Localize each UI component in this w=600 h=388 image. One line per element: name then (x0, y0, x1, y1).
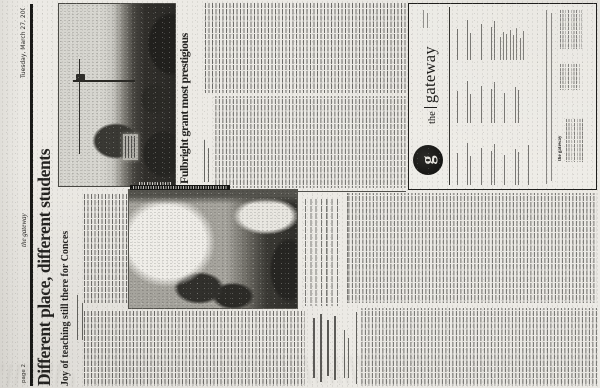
staff-name (467, 81, 468, 123)
photo1-sign-detail (123, 134, 138, 160)
staff-name (518, 152, 519, 185)
article1-byline (82, 303, 83, 340)
masthead-contact-info (560, 9, 582, 49)
page-date: Tuesday, March 27, 2001 (20, 8, 29, 78)
staff-name (503, 32, 504, 60)
scan-smudge (2, 364, 74, 386)
staff-name (494, 82, 495, 123)
staff-name (500, 37, 501, 60)
staff-name (470, 33, 471, 61)
article1-headline: Different place, different students (34, 108, 60, 386)
masthead-phone-numbers (560, 63, 580, 90)
staff-name (457, 91, 458, 123)
staff-name (491, 89, 492, 123)
staff-name (467, 20, 468, 60)
masthead-pipe (424, 107, 437, 108)
staff-name (510, 30, 511, 60)
staff-name (515, 87, 516, 123)
article1-text-column (84, 193, 128, 303)
article2-byline (204, 140, 205, 182)
header-rule (30, 4, 34, 386)
staff-name (504, 155, 505, 185)
article1-byline (77, 295, 78, 340)
masthead-gateway: gateway (420, 46, 440, 103)
staff-name (506, 34, 507, 60)
article2-text-column (214, 96, 406, 188)
staff-name (491, 27, 492, 60)
staff-name (494, 21, 495, 60)
staff-name (481, 24, 482, 60)
staff-name (504, 93, 505, 123)
staff-name (515, 149, 516, 185)
staff-name (523, 31, 524, 60)
article2-headline: Fulbright grant most prestigious (177, 28, 199, 184)
scan-smudge (96, 354, 594, 385)
gateway-g-logo-icon: g (413, 145, 443, 175)
photo-crane-skyline (58, 3, 176, 187)
staff-name (513, 35, 514, 60)
newspaper-page-scan: Tuesday, March 27, 2001 the gateway page… (0, 0, 600, 388)
staff-name (518, 90, 519, 123)
staff-name (516, 28, 517, 60)
staff-name (481, 148, 482, 185)
staff-name (470, 94, 471, 123)
photo2-caption (305, 198, 342, 306)
article2-byline (208, 148, 209, 182)
staff-name (491, 151, 492, 185)
photo2-credit-bar (130, 185, 230, 190)
masthead-the: the (427, 111, 438, 124)
staff-name (520, 38, 521, 60)
photo-campus-building (128, 189, 298, 309)
staff-name (467, 143, 468, 185)
article2-text-column (205, 2, 406, 93)
masthead-logotype: thegateway (420, 32, 447, 124)
staff-name (470, 156, 471, 185)
staff-name (528, 145, 529, 185)
masthead-footer-title: the gateway (558, 120, 565, 161)
staff-name (481, 86, 482, 123)
staff-name (457, 153, 458, 185)
article1-subheadline: Joy of teaching still there for Conces (60, 189, 76, 386)
crane-cab (76, 74, 85, 81)
header-masthead-label: the gateway (20, 201, 30, 247)
masthead-address (566, 118, 584, 162)
article1-text-column (347, 193, 597, 303)
staff-name (494, 144, 495, 185)
staff-name (457, 29, 458, 60)
masthead-divider (449, 7, 450, 185)
